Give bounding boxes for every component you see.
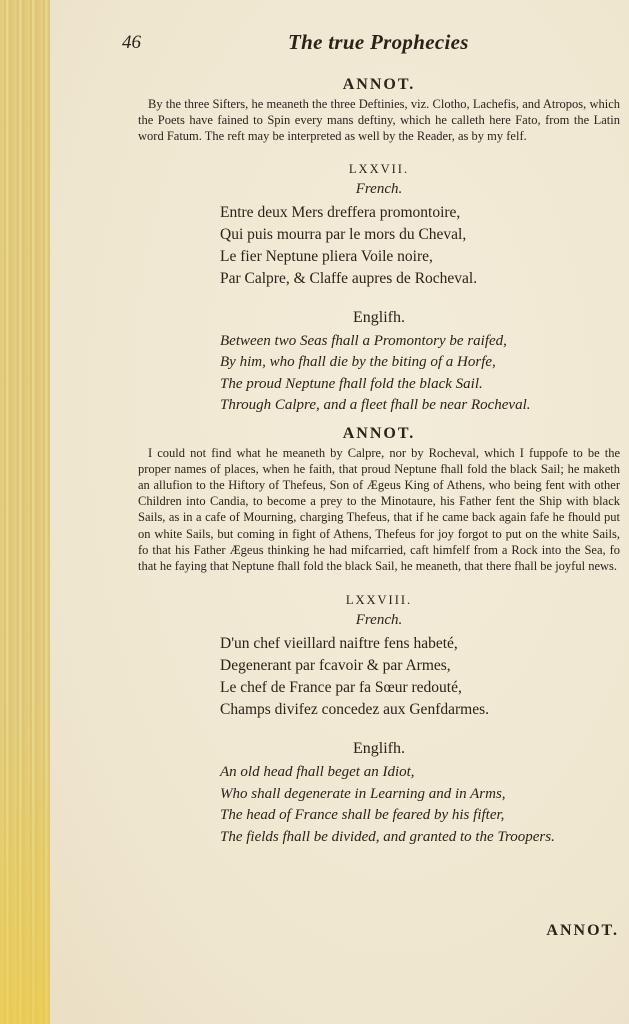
french-label: French.: [138, 179, 620, 199]
annot-text: By the three Sifters, he meaneth the thr…: [138, 96, 620, 145]
quatrain-number: LXXVIII.: [138, 590, 620, 610]
french-line: Degenerant par fcavoir & par Armes,: [138, 655, 620, 677]
catchword: ANNOT.: [546, 922, 619, 940]
english-line: The head of France shall be feared by hi…: [138, 805, 620, 827]
annot-text: I could not find what he meaneth by Calp…: [138, 445, 620, 575]
running-title: The true Prophecies: [288, 30, 469, 55]
annot-heading: ANNOT.: [138, 74, 620, 96]
english-line: An old head fhall beget an Idiot,: [138, 762, 620, 784]
quatrain-number: LXXVII.: [138, 159, 620, 179]
annot-heading: ANNOT.: [138, 423, 620, 445]
french-line: Champs divifez concedez aux Genfdarmes.: [138, 699, 620, 721]
english-line: Between two Seas fhall a Promontory be r…: [138, 331, 620, 353]
french-label: French.: [138, 610, 620, 630]
english-line: Who shall degenerate in Learning and in …: [138, 784, 620, 806]
page-content: ANNOT. By the three Sifters, he meaneth …: [138, 74, 620, 848]
french-line: D'un chef vieillard naiftre fens habeté,: [138, 633, 620, 655]
french-line: Qui puis mourra par le mors du Cheval,: [138, 224, 620, 246]
english-label: Englifh.: [138, 739, 620, 759]
page-edges: [0, 0, 50, 1024]
french-line: Entre deux Mers dreffera promontoire,: [138, 202, 620, 224]
english-label: Englifh.: [138, 308, 620, 328]
english-line: The fields fhall be divided, and granted…: [138, 827, 620, 849]
book-page: 46 The true Prophecies ANNOT. By the thr…: [50, 0, 629, 1024]
page-header: 46 The true Prophecies: [50, 30, 629, 60]
french-line: Le chef de France par fa Sœur redouté,: [138, 677, 620, 699]
french-line: Par Calpre, & Claffe aupres de Rocheval.: [138, 268, 620, 290]
page-number: 46: [122, 32, 141, 54]
english-line: By him, who fhall die by the biting of a…: [138, 352, 620, 374]
english-line: The proud Neptune fhall fold the black S…: [138, 374, 620, 396]
english-line: Through Calpre, and a fleet fhall be nea…: [138, 395, 620, 417]
french-line: Le fier Neptune pliera Voile noire,: [138, 246, 620, 268]
